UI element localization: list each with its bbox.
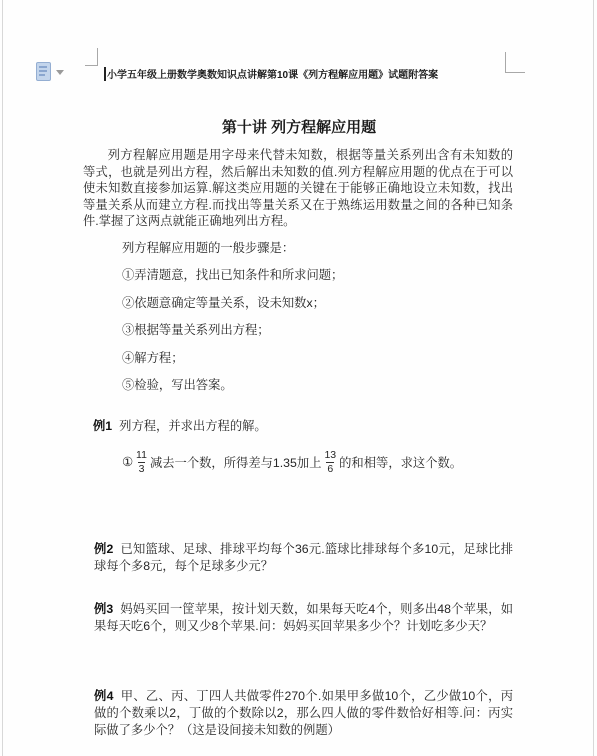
fraction-denominator: 6	[326, 462, 334, 476]
example-3-label: 例3	[94, 602, 113, 616]
step-item-3: ③根据等量关系列出方程；	[122, 320, 270, 338]
margin-crop-mark-left	[85, 48, 98, 66]
example-1-subitem-middle: 减去一个数，所得差与1.35加上	[150, 453, 322, 471]
circled-one-prefix: ①	[122, 455, 133, 469]
step-item-1: ①弄清题意，找出已知条件和所求问题；	[122, 265, 343, 283]
steps-intro: 列方程解应用题的一般步骤是：	[122, 238, 294, 256]
example-2-label: 例2	[94, 542, 113, 556]
example-2-text: 已知篮球、足球、排球平均每个36元.篮球比排球每个多10元，足球比排球每个多8元…	[94, 542, 513, 573]
example-3-text: 妈妈买回一筐苹果，按计划天数，如果每天吃4个，则多出48个苹果，如果每天吃6个，…	[94, 602, 513, 633]
example-2: 例2已知篮球、足球、排球平均每个36元.篮球比排球每个多10元，足球比排球每个多…	[94, 541, 513, 575]
example-1-subitem-suffix: 的和相等，求这个数。	[339, 453, 462, 471]
chevron-down-icon[interactable]	[56, 70, 64, 75]
fraction-denominator: 3	[138, 462, 146, 476]
fraction-11-3: 11 3	[135, 449, 148, 475]
step-item-4: ④解方程；	[122, 348, 184, 366]
example-4-text: 甲、乙、丙、丁四人共做零件270个.如果甲多做10个，乙少做10个，丙做的个数乘…	[94, 689, 513, 737]
paragraph-style-icon[interactable]	[36, 62, 51, 81]
fraction-numerator: 11	[135, 449, 148, 462]
example-4-label: 例4	[94, 689, 113, 703]
page-edge-left	[2, 0, 3, 756]
margin-crop-mark-right	[505, 52, 525, 73]
step-item-2: ②依题意确定等量关系，设未知数x；	[122, 293, 325, 311]
document-title: 小学五年级上册数学奥数知识点讲解第10课《列方程解应用题》试题附答案	[107, 66, 438, 81]
example-1-subitem: ① 11 3 减去一个数，所得差与1.35加上 13 6 的和相等，求这个数。	[122, 446, 462, 478]
example-4: 例4甲、乙、丙、丁四人共做零件270个.如果甲多做10个，乙少做10个，丙做的个…	[94, 688, 513, 738]
intro-paragraph: 列方程解应用题是用字母来代替未知数，根据等量关系列出含有未知数的等式，也就是列出…	[83, 147, 513, 230]
step-item-5: ⑤检验，写出答案。	[122, 375, 233, 393]
fraction-numerator: 13	[323, 449, 337, 462]
icon-line	[39, 66, 47, 68]
icon-line	[39, 74, 45, 76]
lesson-heading: 第十讲 列方程解应用题	[84, 116, 514, 137]
fraction-13-6: 13 6	[323, 449, 337, 475]
example-1-label: 例1	[93, 419, 112, 433]
page-edge-right	[593, 0, 594, 756]
example-1: 例1列方程，并求出方程的解。	[93, 418, 512, 435]
word-document-page: 小学五年级上册数学奥数知识点讲解第10课《列方程解应用题》试题附答案 第十讲 列…	[0, 0, 597, 756]
example-1-text: 列方程，并求出方程的解。	[119, 419, 267, 433]
text-cursor	[104, 67, 106, 81]
example-3: 例3妈妈买回一筐苹果，按计划天数，如果每天吃4个，则多出48个苹果，如果每天吃6…	[94, 601, 513, 635]
icon-line	[39, 70, 47, 72]
